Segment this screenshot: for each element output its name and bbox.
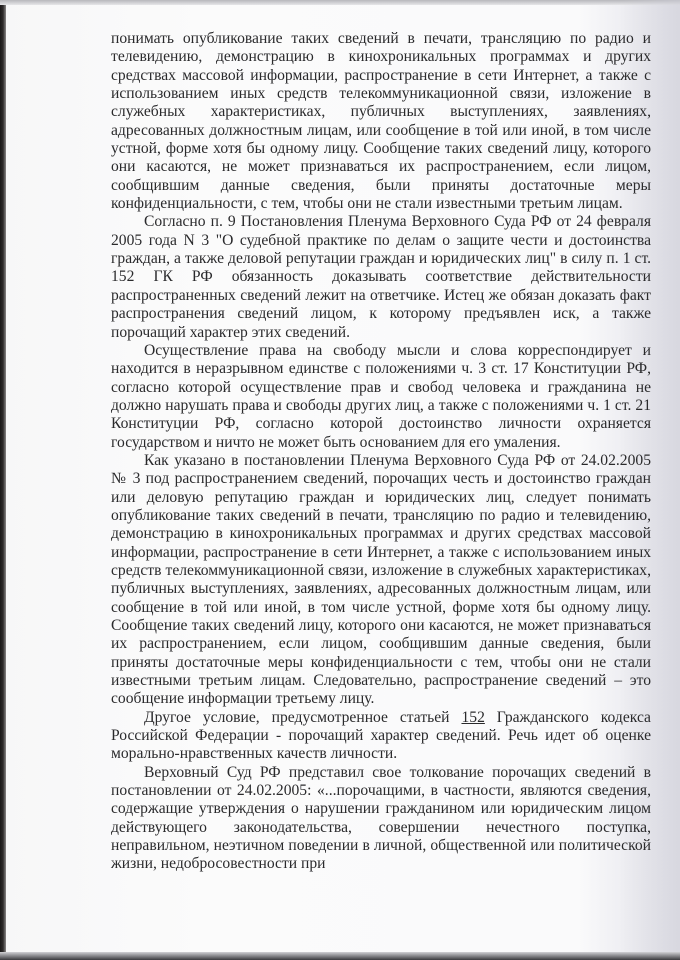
scan-top-edge bbox=[0, 0, 680, 5]
scanned-page: понимать опубликование таких сведений в … bbox=[0, 0, 680, 960]
document-body: понимать опубликование таких сведений в … bbox=[111, 30, 651, 874]
paragraph-defamatory-nature: Другое условие, предусмотренное статьей … bbox=[111, 709, 651, 764]
paragraph-supreme-court-interpretation: Верховный Суд РФ представил свое толкова… bbox=[111, 764, 651, 874]
paragraph-freedom-of-speech: Осуществление права на свободу мысли и с… bbox=[111, 342, 651, 452]
scan-left-edge bbox=[0, 0, 6, 960]
article-152-link[interactable]: 152 bbox=[461, 709, 484, 726]
scan-bottom-edge bbox=[0, 952, 680, 960]
paragraph-plenum-clause-9: Согласно п. 9 Постановления Пленума Верх… bbox=[111, 213, 651, 341]
paragraph-text: Другое условие, предусмотренное статьей bbox=[144, 709, 461, 726]
paragraph-dissemination-definition: Как указано в постановлении Пленума Верх… bbox=[111, 452, 651, 709]
paragraph-continuation: понимать опубликование таких сведений в … bbox=[111, 30, 651, 213]
